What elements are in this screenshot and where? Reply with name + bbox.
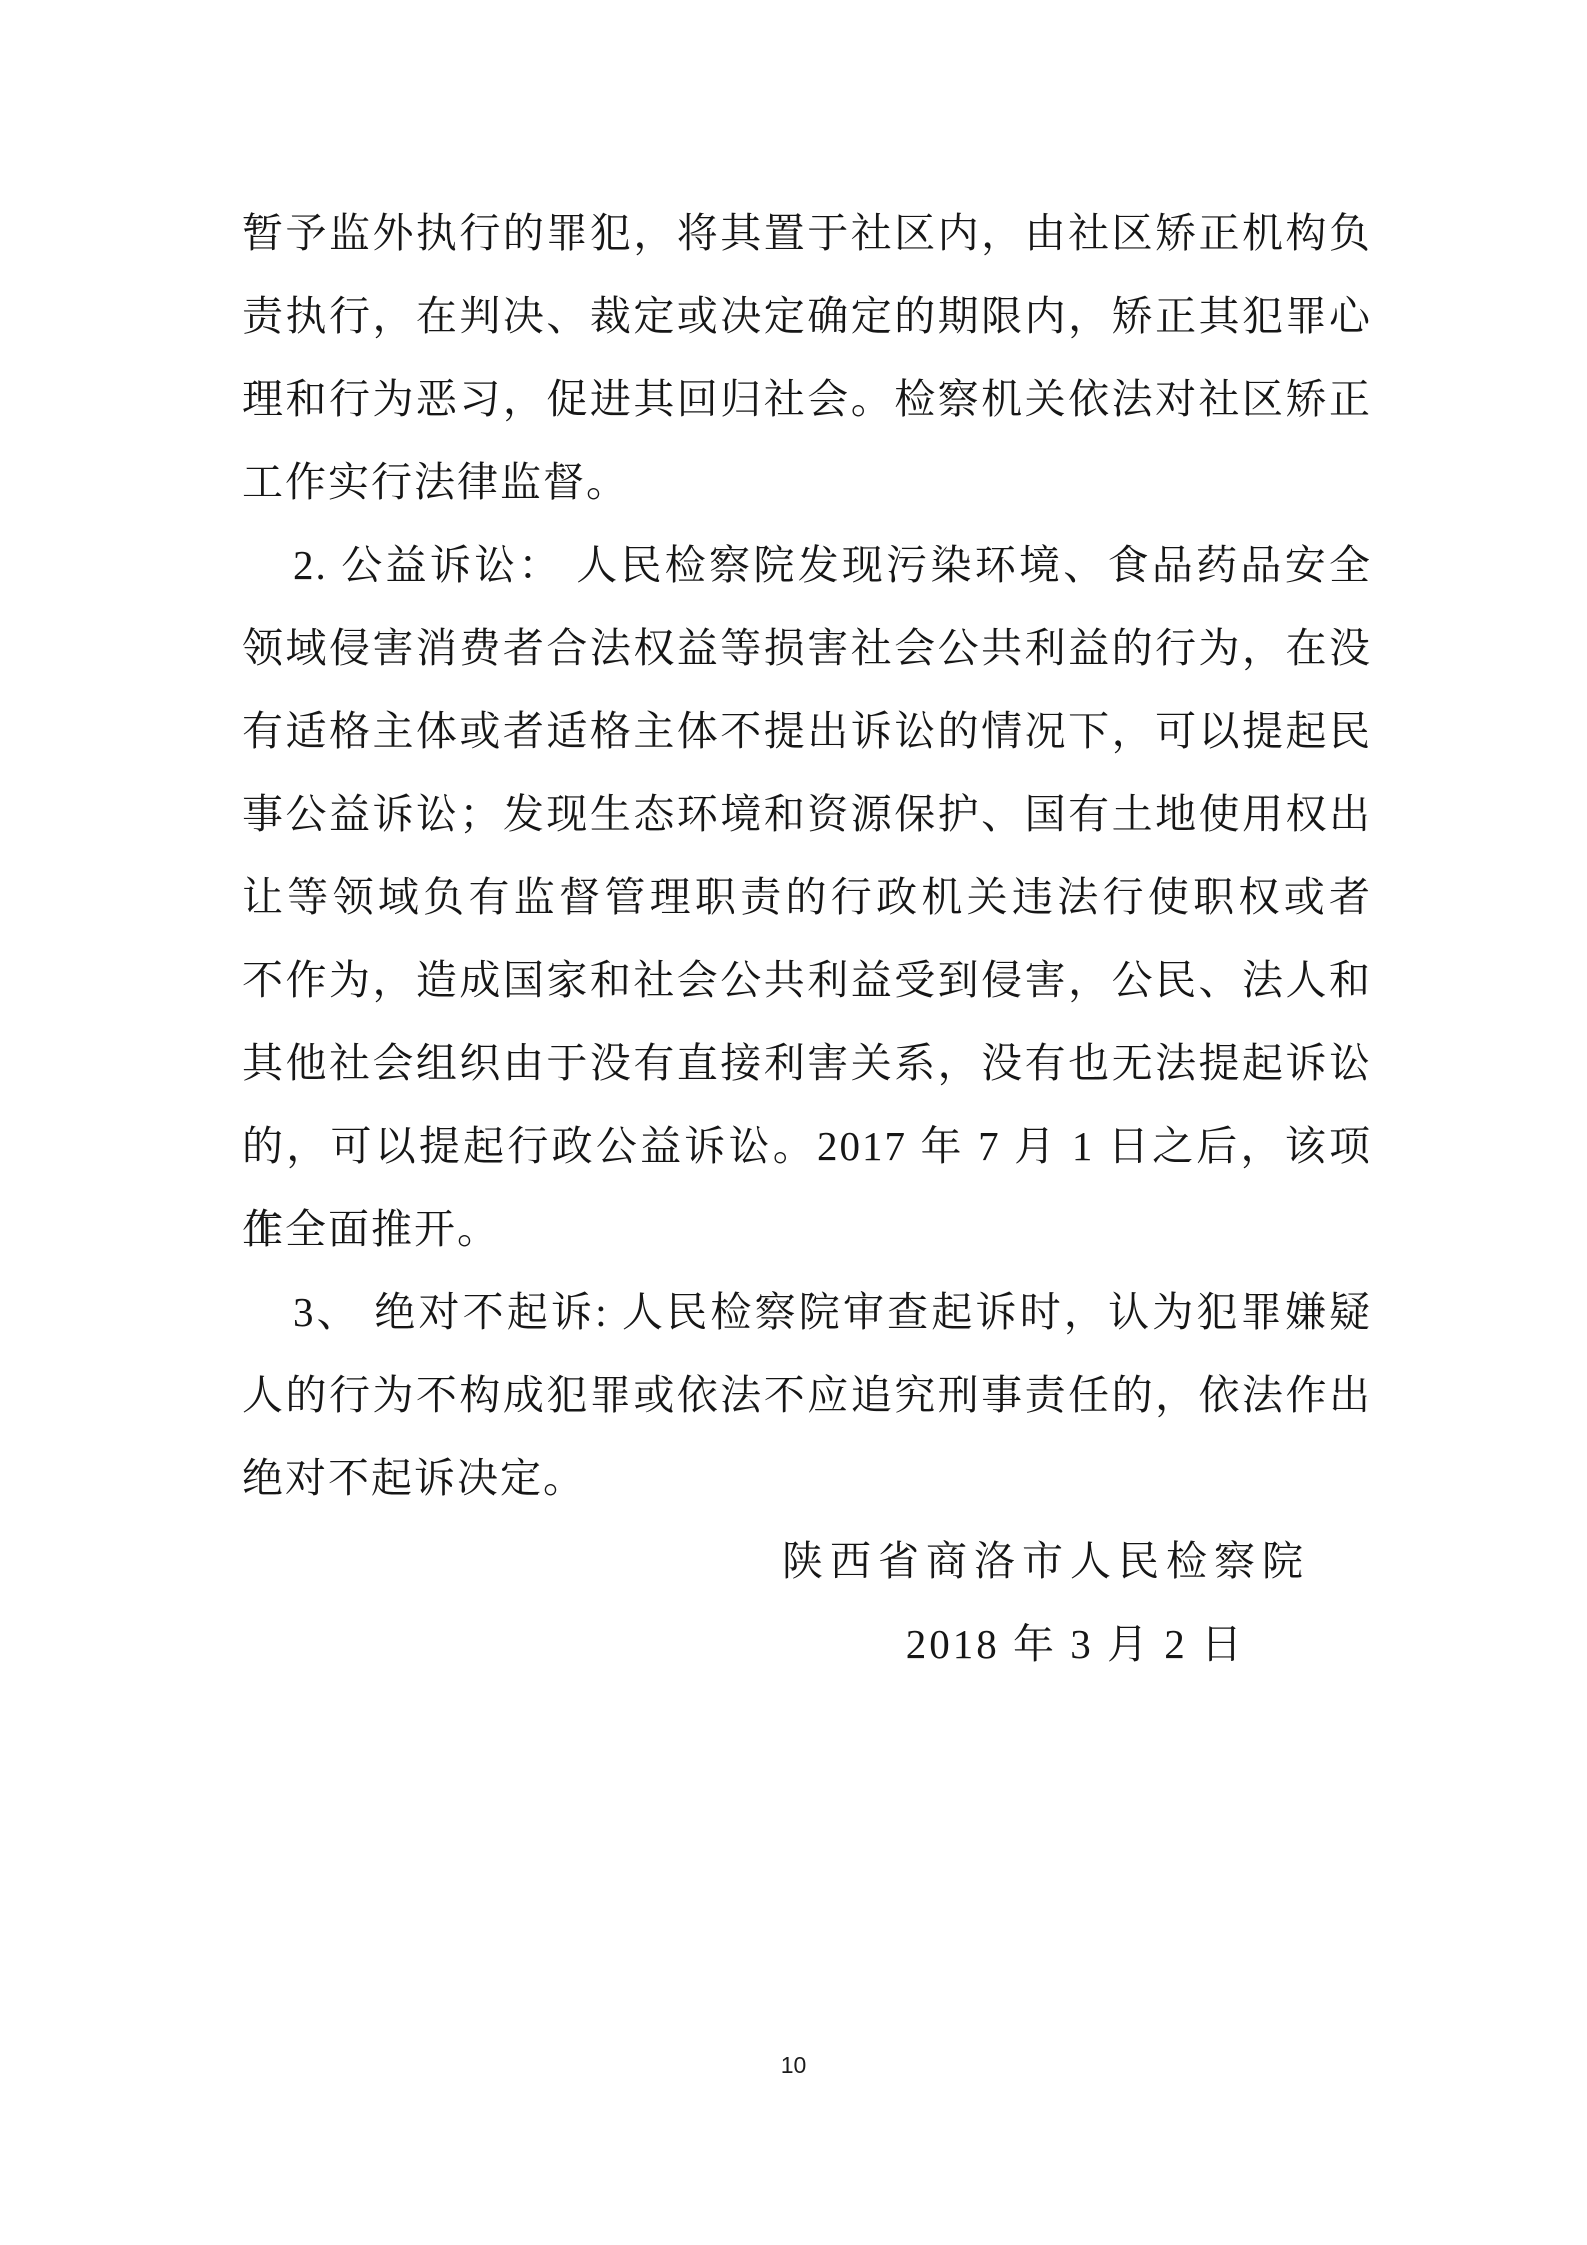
body-line: 暂予监外执行的罪犯，将其置于社区内，由社区矫正机构负 bbox=[242, 192, 1372, 275]
body-line: 作全面推开。 bbox=[242, 1188, 1372, 1271]
body-line: 的，可以提起行政公益诉讼。2017 年 7 月 1 日之后，该项工 bbox=[242, 1105, 1372, 1188]
body-line: 理和行为恶习，促进其回归社会。检察机关依法对社区矫正 bbox=[242, 358, 1372, 441]
body-line: 责执行，在判决、裁定或决定确定的期限内，矫正其犯罪心 bbox=[242, 275, 1372, 358]
body-line: 事公益诉讼；发现生态环境和资源保护、国有土地使用权出 bbox=[242, 773, 1372, 856]
body-line: 领域侵害消费者合法权益等损害社会公共利益的行为，在没 bbox=[242, 607, 1372, 690]
signature-date: 2018 年 3 月 2 日 bbox=[906, 1603, 1245, 1686]
document-body: 暂予监外执行的罪犯，将其置于社区内，由社区矫正机构负 责执行，在判决、裁定或决定… bbox=[242, 192, 1372, 1520]
body-line: 有适格主体或者适格主体不提出诉讼的情况下，可以提起民 bbox=[242, 690, 1372, 773]
body-line: 让等领域负有监督管理职责的行政机关违法行使职权或者 bbox=[242, 856, 1372, 939]
body-line: 人的行为不构成犯罪或依法不应追究刑事责任的，依法作出 bbox=[242, 1354, 1372, 1437]
body-line: 3、 绝对不起诉: 人民检察院审查起诉时，认为犯罪嫌疑 bbox=[242, 1271, 1372, 1354]
page-number: 10 bbox=[0, 2052, 1587, 2079]
body-line: 其他社会组织由于没有直接利害关系，没有也无法提起诉讼 bbox=[242, 1022, 1372, 1105]
body-line: 2. 公益诉讼： 人民检察院发现污染环境、食品药品安全 bbox=[242, 524, 1372, 607]
body-line: 工作实行法律监督。 bbox=[242, 441, 1372, 524]
body-line: 不作为，造成国家和社会公共利益受到侵害，公民、法人和 bbox=[242, 939, 1372, 1022]
signature: 陕西省商洛市人民检察院 bbox=[782, 1520, 1310, 1603]
body-line: 绝对不起诉决定。 bbox=[242, 1437, 1372, 1520]
document-page: 暂予监外执行的罪犯，将其置于社区内，由社区矫正机构负 责执行，在判决、裁定或决定… bbox=[0, 0, 1587, 2245]
